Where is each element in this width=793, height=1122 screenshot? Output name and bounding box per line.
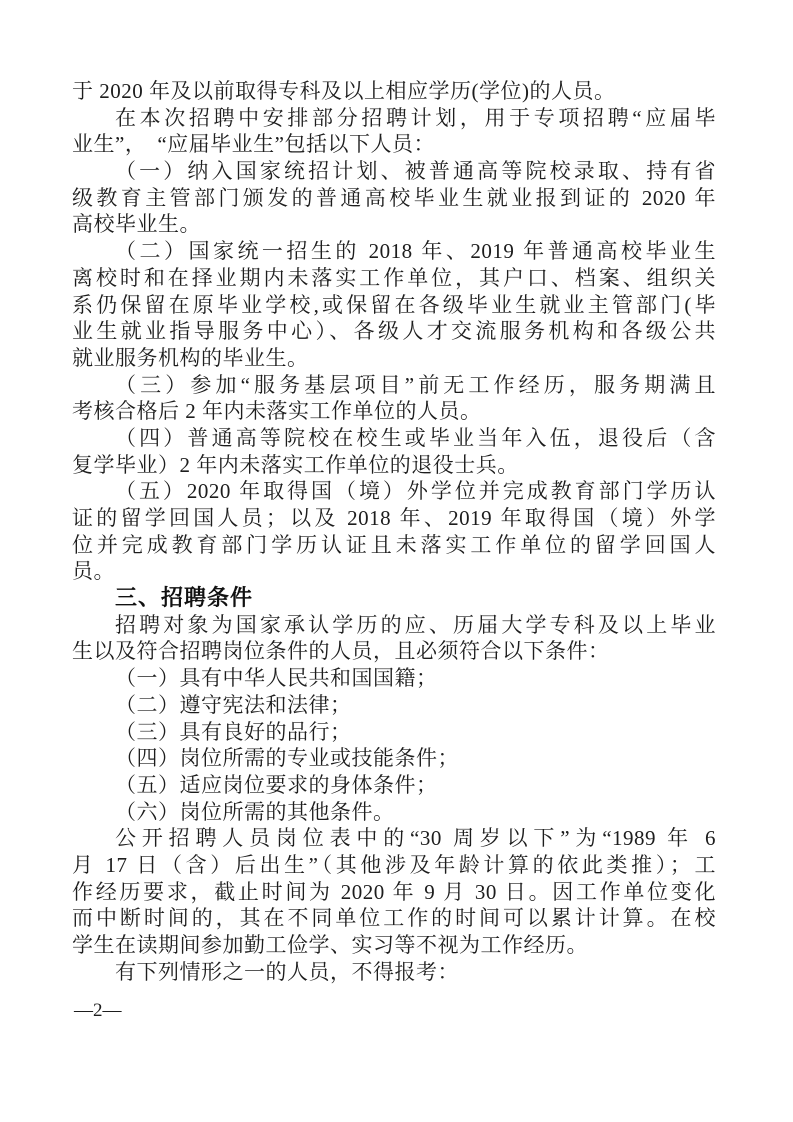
text-line: 作经历要求，截止时间为 2020 年 9 月 30 日。因工作单位变化 bbox=[72, 879, 716, 906]
document-body: 于 2020 年及以前取得专科及以上相应学历(学位)的人员。在本次招聘中安排部分… bbox=[72, 78, 716, 985]
text-line: 位并完成教育部门学历认证且未落实工作单位的留学回国人 bbox=[72, 532, 716, 559]
text-line: 离校时和在择业期内未落实工作单位，其户口、档案、组织关 bbox=[72, 265, 716, 292]
text-line: 业生”， “应届毕业生”包括以下人员： bbox=[72, 131, 716, 158]
text-line: 级教育主管部门颁发的普通高校毕业生就业报到证的 2020 年 bbox=[72, 185, 716, 212]
text-line: 生以及符合招聘岗位条件的人员，且必须符合以下条件： bbox=[72, 638, 716, 665]
text-line: 证的留学回国人员；以及 2018 年、2019 年取得国（境）外学 bbox=[72, 505, 716, 532]
text-line: 考核合格后 2 年内未落实工作单位的人员。 bbox=[72, 398, 716, 425]
text-line: 就业服务机构的毕业生。 bbox=[72, 345, 716, 372]
text-line: （五）2020 年取得国（境）外学位并完成教育部门学历认 bbox=[72, 478, 716, 505]
text-line: （一）纳入国家统招计划、被普通高等院校录取、持有省 bbox=[72, 158, 716, 185]
text-line: 学生在读期间参加勤工俭学、实习等不视为工作经历。 bbox=[72, 932, 716, 959]
text-line: 公开招聘人员岗位表中的“30 周岁以下”为“1989 年 6 bbox=[72, 825, 716, 852]
text-line: 在本次招聘中安排部分招聘计划，用于专项招聘“应届毕 bbox=[72, 105, 716, 132]
text-line: 复学毕业）2 年内未落实工作单位的退役士兵。 bbox=[72, 452, 716, 479]
text-line: 招聘对象为国家承认学历的应、历届大学专科及以上毕业 bbox=[72, 612, 716, 639]
text-line: 业生就业指导服务中心）、各级人才交流服务机构和各级公共 bbox=[72, 318, 716, 345]
text-line: 系仍保留在原毕业学校,或保留在各级毕业生就业主管部门(毕 bbox=[72, 292, 716, 319]
text-line: 有下列情形之一的人员，不得报考： bbox=[72, 959, 716, 986]
text-line: （六）岗位所需的其他条件。 bbox=[72, 799, 716, 826]
text-line: （三）具有良好的品行； bbox=[72, 719, 716, 746]
page-number: —2— bbox=[74, 998, 122, 1024]
text-line: （三）参加“服务基层项目”前无工作经历，服务期满且 bbox=[72, 372, 716, 399]
text-line: （五）适应岗位要求的身体条件； bbox=[72, 772, 716, 799]
section-heading: 三、招聘条件 bbox=[72, 585, 716, 612]
text-line: 月 17 日（含）后出生”（其他涉及年龄计算的依此类推）；工 bbox=[72, 852, 716, 879]
text-line: （四）普通高等院校在校生或毕业当年入伍，退役后（含 bbox=[72, 425, 716, 452]
text-line: 于 2020 年及以前取得专科及以上相应学历(学位)的人员。 bbox=[72, 78, 716, 105]
text-line: （二）国家统一招生的 2018 年、2019 年普通高校毕业生 bbox=[72, 238, 716, 265]
text-line: （二）遵守宪法和法律； bbox=[72, 692, 716, 719]
text-line: 高校毕业生。 bbox=[72, 211, 716, 238]
text-line: （一）具有中华人民共和国国籍； bbox=[72, 665, 716, 692]
text-line: （四）岗位所需的专业或技能条件； bbox=[72, 745, 716, 772]
text-line: 员。 bbox=[72, 558, 716, 585]
text-line: 而中断时间的，其在不同单位工作的时间可以累计计算。在校 bbox=[72, 905, 716, 932]
document-page: 于 2020 年及以前取得专科及以上相应学历(学位)的人员。在本次招聘中安排部分… bbox=[0, 0, 793, 1122]
